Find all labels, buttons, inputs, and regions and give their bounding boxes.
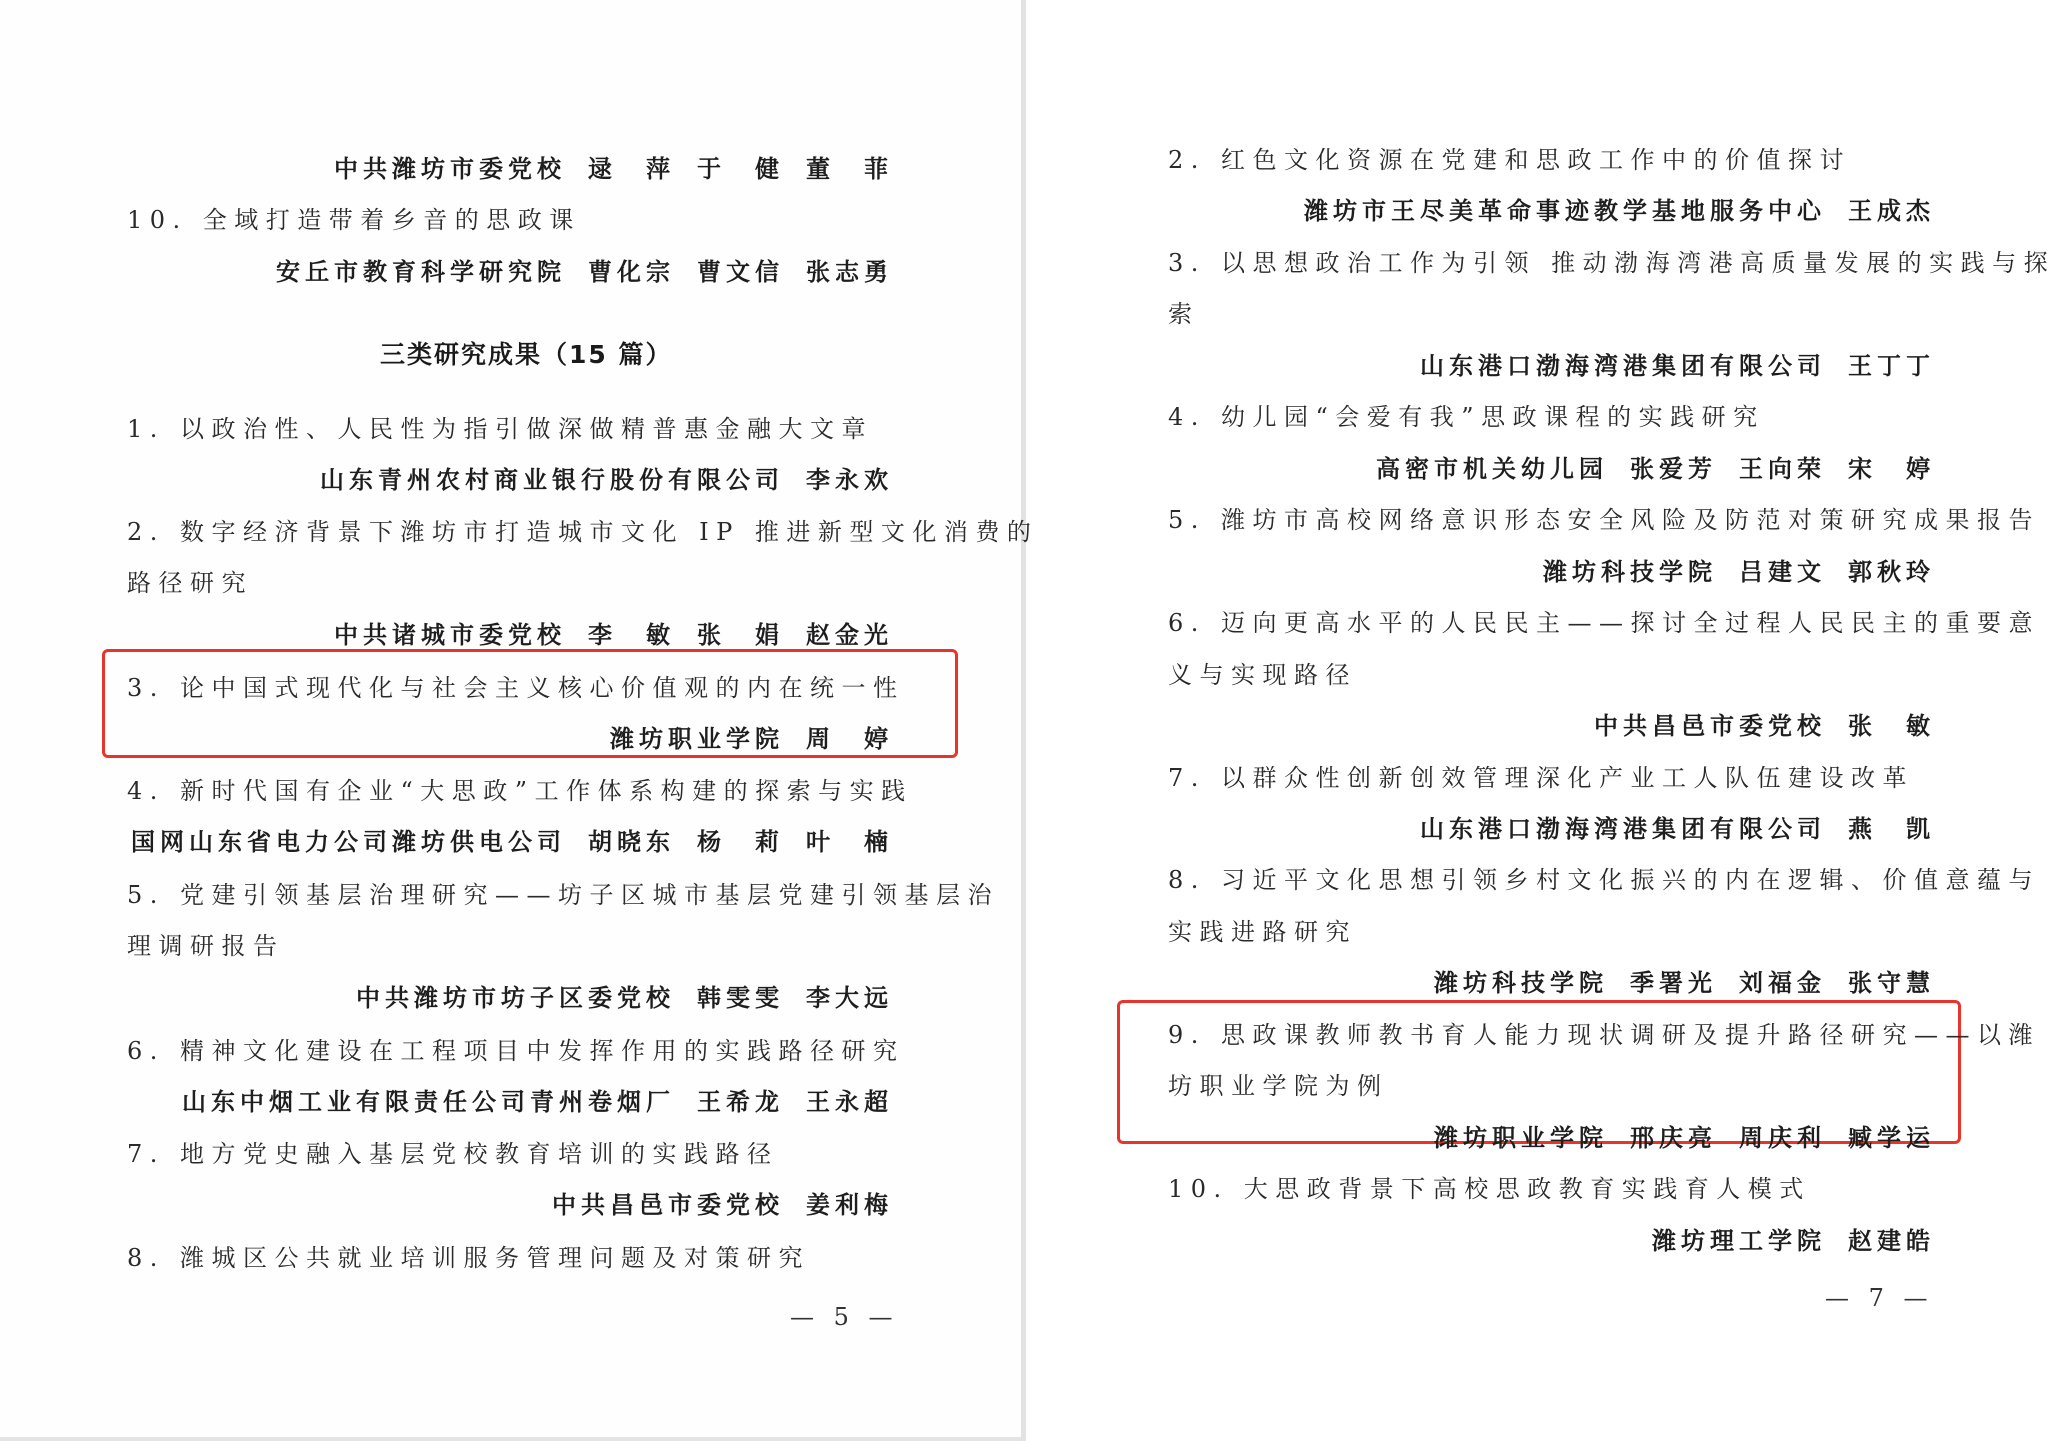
item-title-9: 9. 思政课教师教书育人能力现状调研及提升路径研究——以潍 <box>1168 1020 2040 1050</box>
author-name: 逯 萍 <box>588 154 675 183</box>
affiliation-line: 中共潍坊市坊子区委党校韩雯雯李大远 <box>356 983 893 1013</box>
author-name: 周庆利 <box>1739 1123 1826 1152</box>
author-name: 王希龙 <box>697 1087 784 1116</box>
affiliation-line: 安丘市教育科学研究院曹化宗曹文信张志勇 <box>276 257 893 287</box>
author-name: 曹化宗 <box>588 257 675 286</box>
author-name: 王永超 <box>806 1087 893 1116</box>
affiliation-org: 潍坊职业学院 <box>610 724 784 753</box>
affiliation-line: 潍坊职业学院周 婷 <box>610 724 893 754</box>
affiliation-org: 中共昌邑市委党校 <box>552 1190 784 1219</box>
affiliation-org: 潍坊职业学院 <box>1434 1123 1608 1152</box>
item-title-5: 5. 党建引领基层治理研究——坊子区城市基层党建引领基层治 <box>127 880 999 910</box>
author-name: 宋 婷 <box>1848 454 1935 483</box>
author-name: 董 菲 <box>806 154 893 183</box>
item-title-8: 8. 潍城区公共就业培训服务管理问题及对策研究 <box>127 1243 810 1273</box>
author-name: 张志勇 <box>806 257 893 286</box>
item-title-2: 2. 红色文化资源在党建和思政工作中的价值探讨 <box>1168 145 1851 175</box>
author-name: 臧学运 <box>1848 1123 1935 1152</box>
author-name: 王成杰 <box>1848 196 1935 225</box>
affiliation-org: 山东港口渤海湾港集团有限公司 <box>1420 351 1826 380</box>
author-name: 李 敏 <box>588 620 675 649</box>
affiliation-org: 中共昌邑市委党校 <box>1594 711 1826 740</box>
item-title-8: 8. 习近平文化思想引领乡村文化振兴的内在逻辑、价值意蕴与 <box>1168 865 2040 895</box>
item-title-2: 2. 数字经济背景下潍坊市打造城市文化 IP 推进新型文化消费的 <box>127 517 1038 547</box>
author-name: 杨 莉 <box>697 827 784 856</box>
author-name: 张 敏 <box>1848 711 1935 740</box>
section-heading: 三类研究成果（15 篇） <box>380 335 673 371</box>
author-name: 王丁丁 <box>1848 351 1935 380</box>
item-title-5: 5. 潍坊市高校网络意识形态安全风险及防范对策研究成果报告 <box>1168 505 2040 535</box>
item-title-4: 4. 新时代国有企业“大思政”工作体系构建的探索与实践 <box>127 776 913 806</box>
author-name: 赵金光 <box>806 620 893 649</box>
affiliation-org: 潍坊科技学院 <box>1543 557 1717 586</box>
affiliation-org: 中共潍坊市委党校 <box>334 154 566 183</box>
affiliation-org: 中共潍坊市坊子区委党校 <box>356 983 675 1012</box>
item-title-4: 4. 幼儿园“会爱有我”思政课程的实践研究 <box>1168 402 1765 432</box>
affiliation-line: 中共诸城市委党校李 敏张 娟赵金光 <box>334 620 893 650</box>
author-name: 吕建文 <box>1739 557 1826 586</box>
author-name: 邢庆亮 <box>1630 1123 1717 1152</box>
affiliation-line: 中共昌邑市委党校姜利梅 <box>552 1190 893 1220</box>
item-title-10: 10. 大思政背景下高校思政教育实践育人模式 <box>1168 1174 1811 1204</box>
author-name: 刘福金 <box>1739 968 1826 997</box>
affiliation-line: 国网山东省电力公司潍坊供电公司胡晓东杨 莉叶 楠 <box>131 827 893 857</box>
author-name: 李大远 <box>806 983 893 1012</box>
page-number: — 7 — <box>1825 1284 1934 1312</box>
affiliation-line: 中共昌邑市委党校张 敏 <box>1594 711 1935 741</box>
affiliation-line: 潍坊科技学院吕建文郭秋玲 <box>1543 557 1935 587</box>
item-title-6: 6. 迈向更高水平的人民民主——探讨全过程人民民主的重要意 <box>1168 608 2040 638</box>
author-name: 曹文信 <box>697 257 784 286</box>
item-title-7: 7. 地方党史融入基层党校教育培训的实践路径 <box>127 1139 779 1169</box>
affiliation-org: 安丘市教育科学研究院 <box>276 257 566 286</box>
author-name: 张守慧 <box>1848 968 1935 997</box>
item-title-5: 理调研报告 <box>127 931 285 961</box>
item-title-6: 6. 精神文化建设在工程项目中发挥作用的实践路径研究 <box>127 1036 905 1066</box>
affiliation-line: 潍坊职业学院邢庆亮周庆利臧学运 <box>1434 1123 1935 1153</box>
item-title-9: 坊职业学院为例 <box>1168 1071 1389 1101</box>
affiliation-line: 山东中烟工业有限责任公司青州卷烟厂王希龙王永超 <box>182 1087 893 1117</box>
item-title-6: 义与实现路径 <box>1168 660 1357 690</box>
item-title-1: 1. 以政治性、人民性为指引做深做精普惠金融大文章 <box>127 414 873 444</box>
author-name: 郭秋玲 <box>1848 557 1935 586</box>
affiliation-line: 潍坊科技学院季署光刘福金张守慧 <box>1434 968 1935 998</box>
item-title-8: 实践进路研究 <box>1168 917 1357 947</box>
item-title-2: 路径研究 <box>127 568 253 598</box>
affiliation-org: 山东青州农村商业银行股份有限公司 <box>320 465 784 494</box>
item-title-3: 索 <box>1168 299 1200 329</box>
affiliation-org: 潍坊市王尽美革命事迹教学基地服务中心 <box>1304 196 1826 225</box>
affiliation-line: 高密市机关幼儿园张爱芳王向荣宋 婷 <box>1376 454 1935 484</box>
author-name: 于 健 <box>697 154 784 183</box>
affiliation-org: 潍坊理工学院 <box>1652 1226 1826 1255</box>
author-name: 胡晓东 <box>588 827 675 856</box>
author-name: 姜利梅 <box>806 1190 893 1219</box>
item-title: 10. 全域打造带着乡音的思政课 <box>127 205 581 235</box>
affiliation-org: 高密市机关幼儿园 <box>1376 454 1608 483</box>
affiliation-org: 山东中烟工业有限责任公司青州卷烟厂 <box>182 1087 675 1116</box>
author-name: 张 娟 <box>697 620 784 649</box>
affiliation-org: 国网山东省电力公司潍坊供电公司 <box>131 827 566 856</box>
affiliation-line: 潍坊理工学院赵建皓 <box>1652 1226 1935 1256</box>
item-title-7: 7. 以群众性创新创效管理深化产业工人队伍建设改革 <box>1168 763 1914 793</box>
affiliation-org: 潍坊科技学院 <box>1434 968 1608 997</box>
item-title-3: 3. 论中国式现代化与社会主义核心价值观的内在统一性 <box>127 673 905 703</box>
author-name: 季署光 <box>1630 968 1717 997</box>
affiliation-org: 山东港口渤海湾港集团有限公司 <box>1420 814 1826 843</box>
affiliation-org: 中共诸城市委党校 <box>334 620 566 649</box>
author-name: 李永欢 <box>806 465 893 494</box>
author-name: 燕 凯 <box>1848 814 1935 843</box>
page-number: — 5 — <box>790 1303 899 1331</box>
author-name: 周 婷 <box>806 724 893 753</box>
author-name: 张爱芳 <box>1630 454 1717 483</box>
affiliation-line: 山东港口渤海湾港集团有限公司燕 凯 <box>1420 814 1935 844</box>
affiliation-line: 潍坊市王尽美革命事迹教学基地服务中心王成杰 <box>1304 196 1935 226</box>
item-title-3: 3. 以思想政治工作为引领 推动渤海湾港高质量发展的实践与探 <box>1168 248 2048 278</box>
author-name: 叶 楠 <box>806 827 893 856</box>
author-name: 赵建皓 <box>1848 1226 1935 1255</box>
author-name: 王向荣 <box>1739 454 1826 483</box>
author-name: 韩雯雯 <box>697 983 784 1012</box>
affiliation-line: 山东青州农村商业银行股份有限公司李永欢 <box>320 465 893 495</box>
affiliation-line: 山东港口渤海湾港集团有限公司王丁丁 <box>1420 351 1935 381</box>
affiliation-line: 中共潍坊市委党校逯 萍于 健董 菲 <box>334 154 893 184</box>
